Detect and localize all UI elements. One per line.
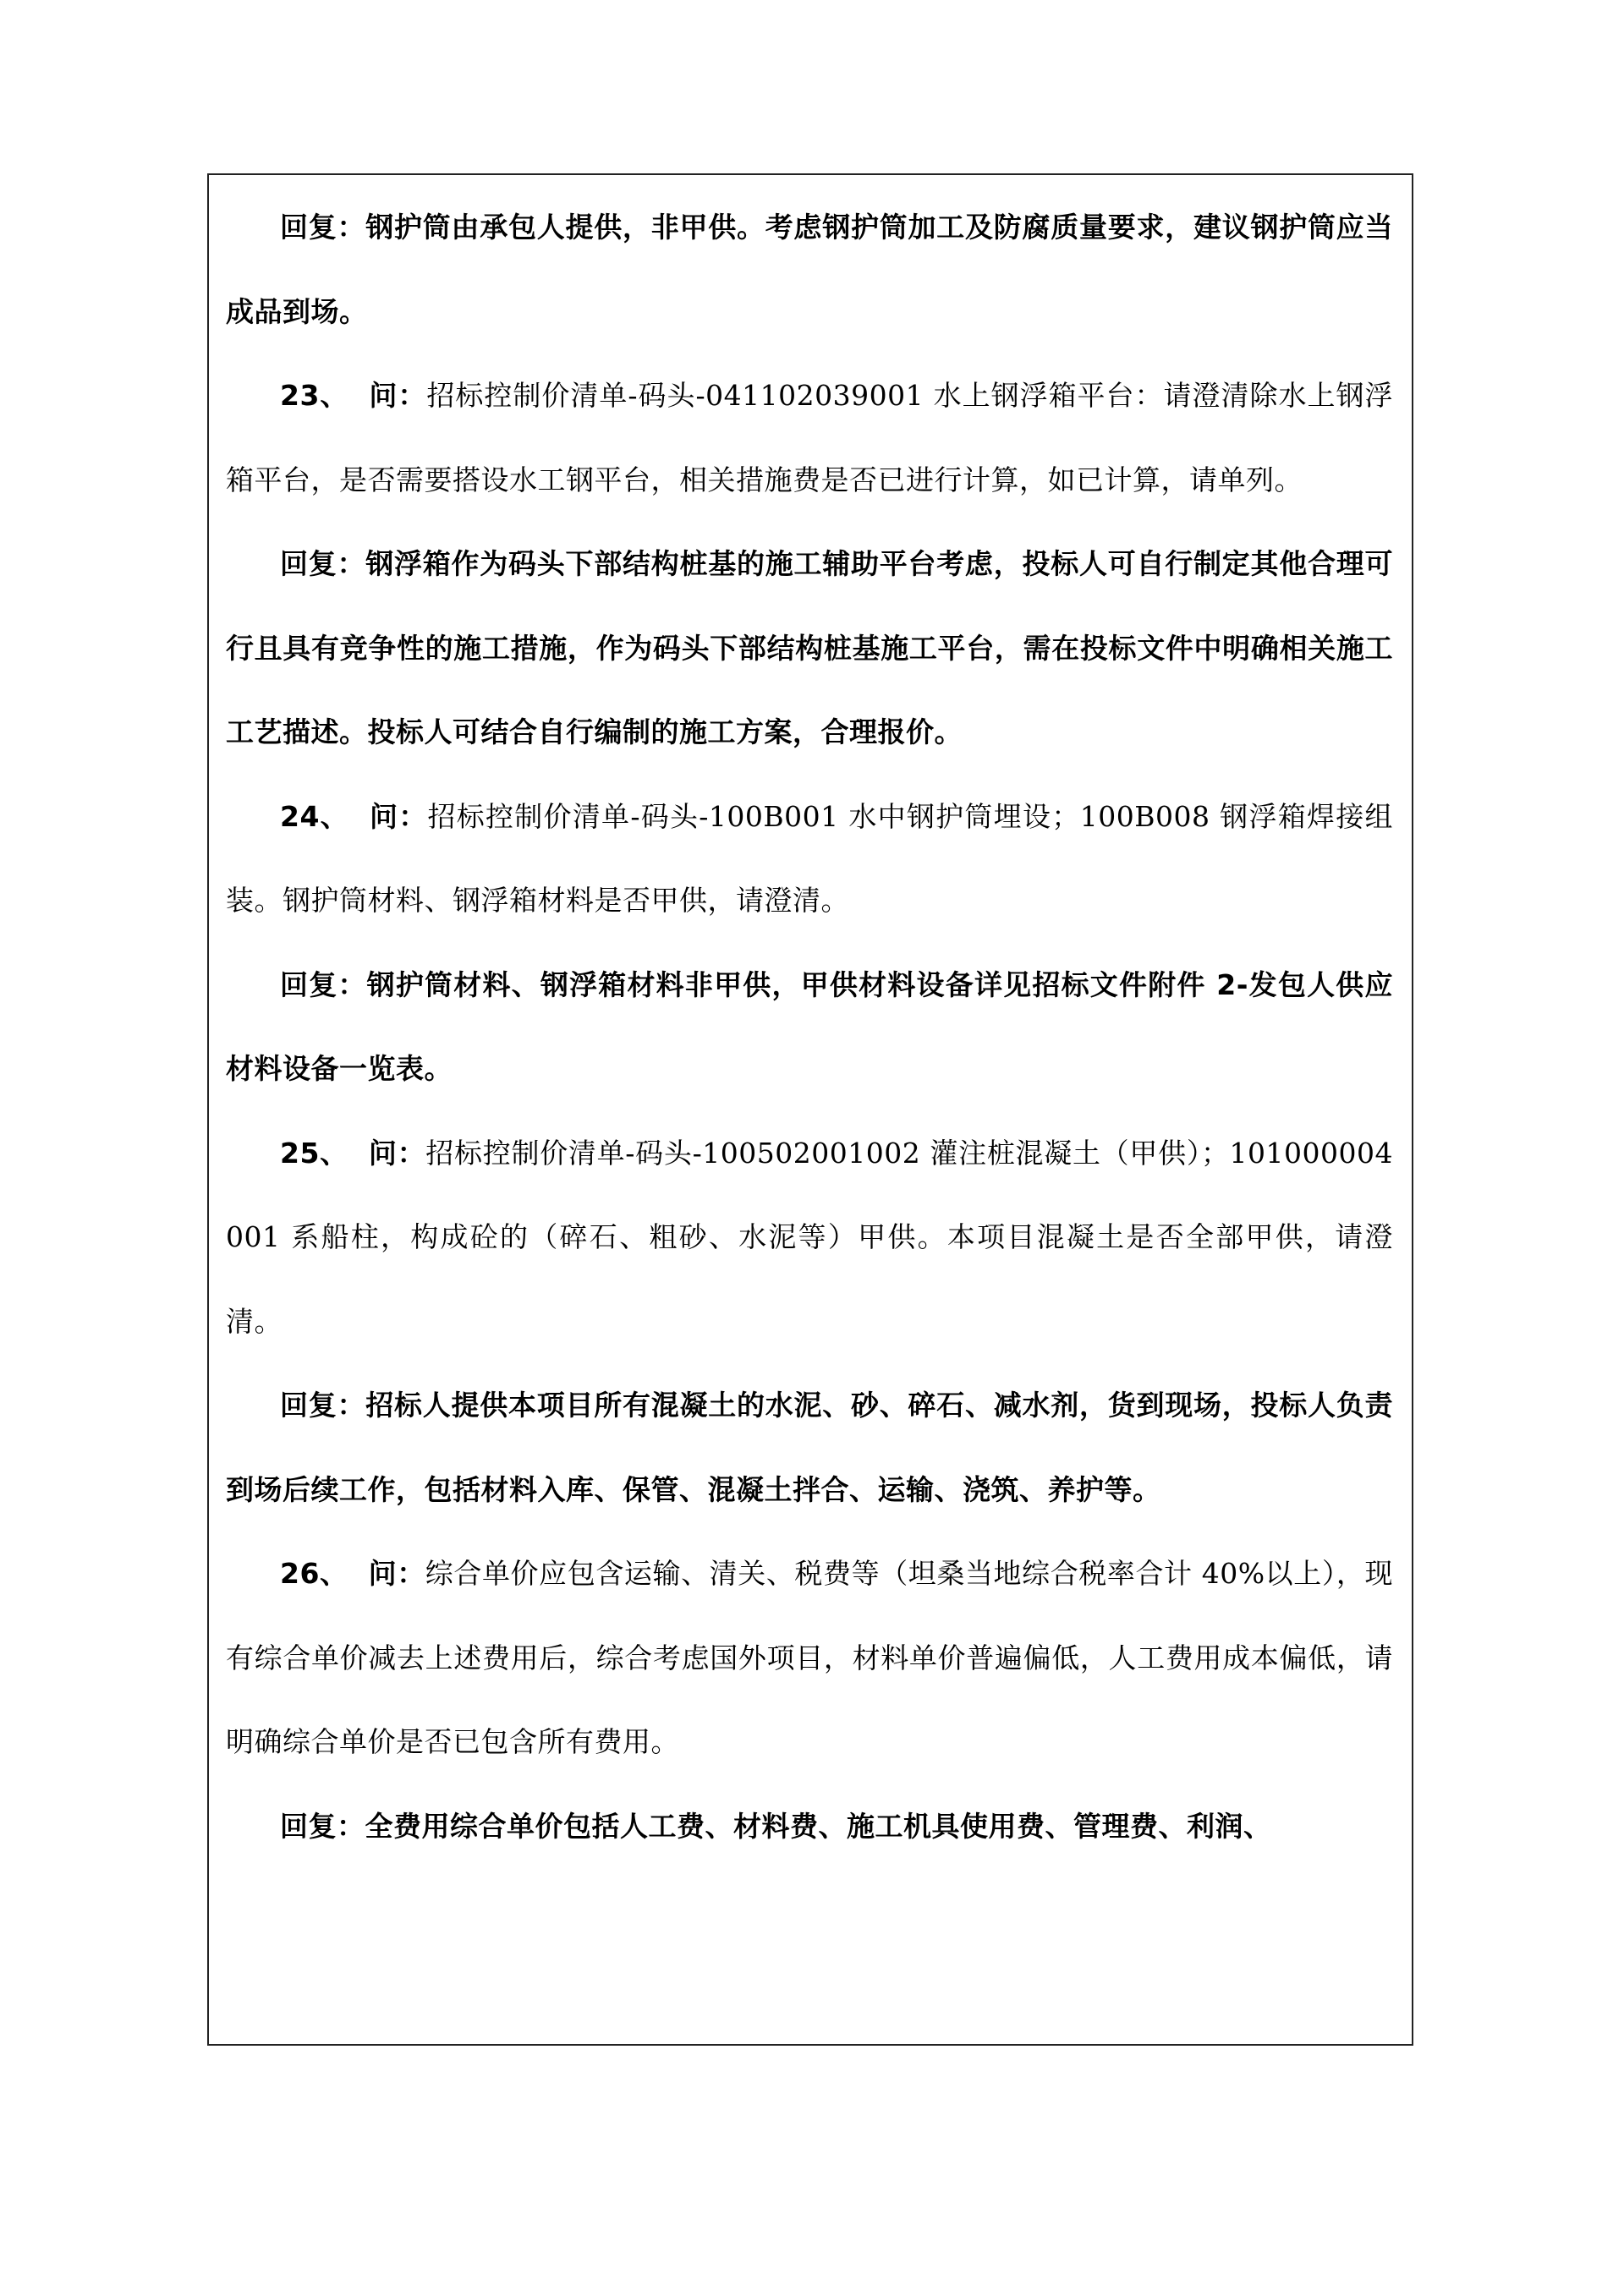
qa-table-cell: 回复：钢护筒由承包人提供，非甲供。考虑钢护筒加工及防腐质量要求，建议钢护筒应当成… (207, 173, 1413, 2046)
question-paragraph-25: 25、问：招标控制价清单-码头-100502001002 灌注桩混凝土（甲供）；… (226, 1111, 1393, 1364)
answer-paragraph-25: 回复：招标人提供本项目所有混凝土的水泥、砂、碎石、减水剂，货到现场，投标人负责到… (226, 1363, 1393, 1532)
answer-paragraph-23: 回复：钢浮箱作为码头下部结构桩基的施工辅助平台考虑，投标人可自行制定其他合理可行… (226, 522, 1393, 775)
qa-content: 回复：钢护筒由承包人提供，非甲供。考虑钢护筒加工及防腐质量要求，建议钢护筒应当成… (226, 185, 1393, 1868)
answer-paragraph-22: 回复：钢护筒由承包人提供，非甲供。考虑钢护筒加工及防腐质量要求，建议钢护筒应当成… (226, 185, 1393, 353)
question-label: 问： (370, 800, 428, 833)
question-paragraph-26: 26、问：综合单价应包含运输、清关、税费等（坦桑当地综合税率合计 40%以上），… (226, 1532, 1393, 1784)
question-paragraph-24: 24、问：招标控制价清单-码头-100B001 水中钢护筒埋设；100B008 … (226, 775, 1393, 943)
answer-paragraph-26: 回复：全费用综合单价包括人工费、材料费、施工机具使用费、管理费、利润、 (226, 1784, 1393, 1869)
question-label: 问： (369, 379, 426, 412)
question-paragraph-23: 23、问：招标控制价清单-码头-041102039001 水上钢浮箱平台：请澄清… (226, 353, 1393, 522)
question-number: 23、 (280, 379, 348, 412)
question-number: 25、 (280, 1137, 348, 1170)
answer-paragraph-24: 回复：钢护筒材料、钢浮箱材料非甲供，甲供材料设备详见招标文件附件 2-发包人供应… (226, 943, 1393, 1111)
question-label: 问： (369, 1137, 425, 1170)
question-number: 24、 (280, 800, 349, 833)
question-label: 问： (369, 1557, 425, 1590)
question-number: 26、 (280, 1557, 348, 1590)
